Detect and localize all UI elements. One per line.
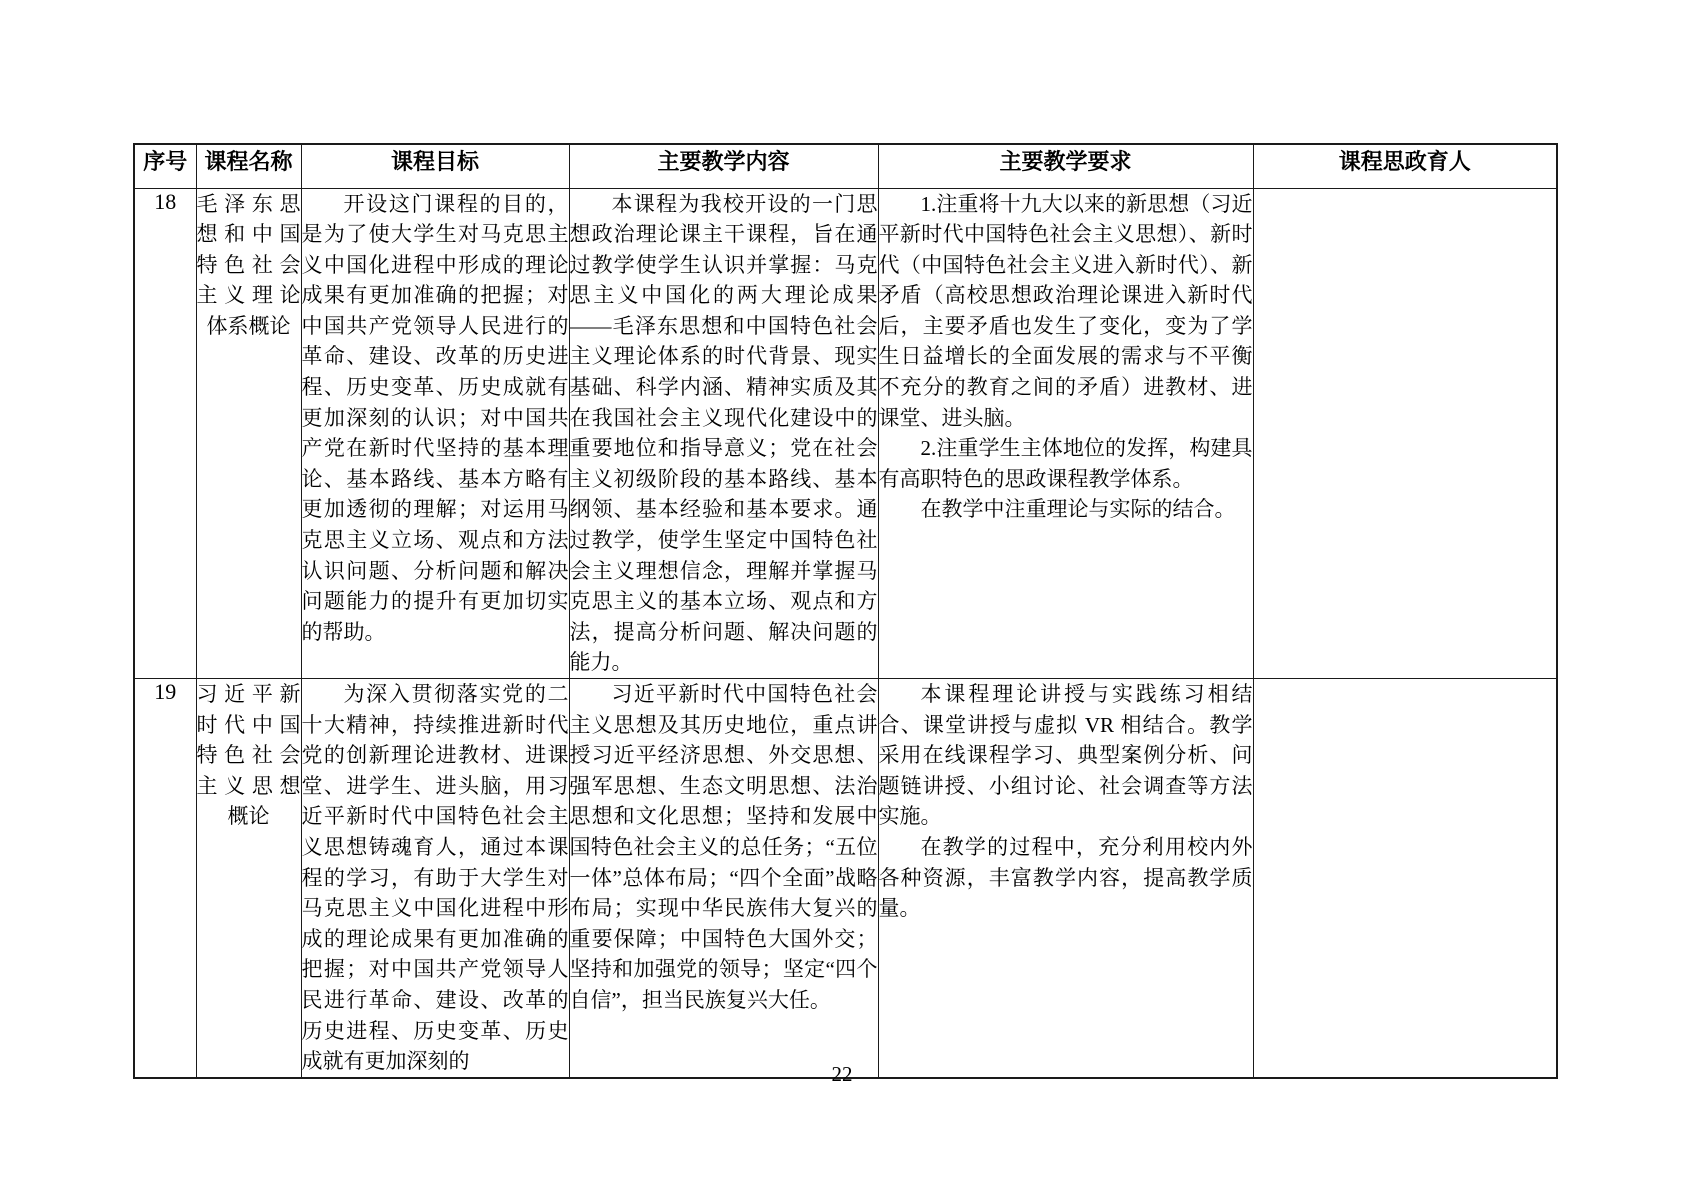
course-outline-table: 序号 课程名称 课程目标 主要教学内容 主要教学要求 课程思政育人 18 毛泽东… — [133, 143, 1558, 1079]
row-19-requirements-cell: 本课程理论讲授与实践练习相结合、课堂讲授与虚拟 VR 相结合。教学采用在线课程学… — [878, 679, 1253, 1078]
row-18-content-cell: 本课程为我校开设的一门思想政治理论课主干课程，旨在通过教学使学生认识并掌握：马克… — [569, 188, 878, 679]
objectives-paragraph: 为深入贯彻落实党的二十大精神，持续推进新时代党的创新理论进教材、进课堂、进学生、… — [302, 679, 569, 1077]
row-19-serial-number: 19 — [134, 679, 196, 1078]
requirements-paragraph-3: 在教学中注重理论与实际的结合。 — [879, 494, 1253, 525]
row-19-course-name: 习近平新时代中国特色社会主义思想概论 — [196, 679, 301, 1078]
requirements-paragraph-1: 1.注重将十九大以来的新思想（习近平新时代中国特色社会主义思想）、新时代（中国特… — [879, 189, 1253, 434]
course-name-text: 毛泽东思想和中国特色社会主义理论体系概论 — [197, 189, 301, 342]
table-row-course-19: 19 习近平新时代中国特色社会主义思想概论 为深入贯彻落实党的二十大精神，持续推… — [134, 679, 1557, 1078]
requirements-paragraph-2: 2.注重学生主体地位的发挥，构建具有高职特色的思政课程教学体系。 — [879, 433, 1253, 494]
row-19-objectives-cell: 为深入贯彻落实党的二十大精神，持续推进新时代党的创新理论进教材、进课堂、进学生、… — [301, 679, 569, 1078]
row-19-content-cell: 习近平新时代中国特色社会主义思想及其历史地位，重点讲授习近平经济思想、外交思想、… — [569, 679, 878, 1078]
row-18-serial-number: 18 — [134, 188, 196, 679]
row-19-ideology-cell — [1253, 679, 1557, 1078]
row-18-ideology-cell — [1253, 188, 1557, 679]
content-paragraph: 习近平新时代中国特色社会主义思想及其历史地位，重点讲授习近平经济思想、外交思想、… — [570, 679, 878, 1016]
header-ideology-education: 课程思政育人 — [1253, 144, 1557, 188]
course-name-text: 习近平新时代中国特色社会主义思想概论 — [197, 679, 301, 832]
table-header-row: 序号 课程名称 课程目标 主要教学内容 主要教学要求 课程思政育人 — [134, 144, 1557, 188]
table-row-course-18: 18 毛泽东思想和中国特色社会主义理论体系概论 开设这门课程的目的，是为了使大学… — [134, 188, 1557, 679]
header-teaching-requirements: 主要教学要求 — [878, 144, 1253, 188]
document-page: 序号 课程名称 课程目标 主要教学内容 主要教学要求 课程思政育人 18 毛泽东… — [0, 0, 1684, 1191]
row-18-objectives-cell: 开设这门课程的目的，是为了使大学生对马克思主义中国化进程中形成的理论成果有更加准… — [301, 188, 569, 679]
page-number: 22 — [0, 1062, 1684, 1087]
requirements-paragraph-1: 本课程理论讲授与实践练习相结合、课堂讲授与虚拟 VR 相结合。教学采用在线课程学… — [879, 679, 1253, 832]
requirements-paragraph-2: 在教学的过程中，充分利用校内外各种资源，丰富教学内容，提高教学质量。 — [879, 832, 1253, 924]
content-paragraph: 本课程为我校开设的一门思想政治理论课主干课程，旨在通过教学使学生认识并掌握：马克… — [570, 189, 878, 679]
header-teaching-content: 主要教学内容 — [569, 144, 878, 188]
header-course-name: 课程名称 — [196, 144, 301, 188]
objectives-paragraph: 开设这门课程的目的，是为了使大学生对马克思主义中国化进程中形成的理论成果有更加准… — [302, 189, 569, 648]
header-course-objectives: 课程目标 — [301, 144, 569, 188]
row-18-course-name: 毛泽东思想和中国特色社会主义理论体系概论 — [196, 188, 301, 679]
header-serial-number: 序号 — [134, 144, 196, 188]
row-18-requirements-cell: 1.注重将十九大以来的新思想（习近平新时代中国特色社会主义思想）、新时代（中国特… — [878, 188, 1253, 679]
